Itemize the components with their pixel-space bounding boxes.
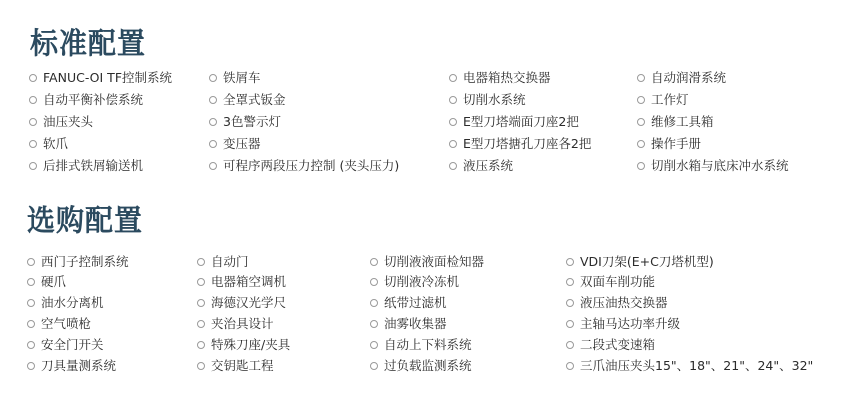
circle-bullet-icon <box>566 320 574 328</box>
circle-bullet-icon <box>566 341 574 349</box>
config-item-label: 刀具量测系统 <box>41 357 116 375</box>
circle-bullet-icon <box>209 118 217 126</box>
config-item-label: E型刀塔端面刀座2把 <box>463 113 579 131</box>
config-item-label: 可程序两段压力控制 (夹头压力) <box>223 157 399 175</box>
circle-bullet-icon <box>29 96 37 104</box>
optional-config-item: 交钥匙工程 <box>197 357 274 375</box>
circle-bullet-icon <box>27 341 35 349</box>
optional-config-item: 夹治具设计 <box>197 315 274 333</box>
circle-bullet-icon <box>449 140 457 148</box>
optional-config-item: 液压油热交换器 <box>566 294 668 312</box>
standard-config-title: 标准配置 <box>30 29 146 58</box>
optional-config-item: 油水分离机 <box>27 294 104 312</box>
optional-config-item: 过负载监测系统 <box>370 357 472 375</box>
config-item-label: 过负载监测系统 <box>384 357 472 375</box>
standard-config-item: 可程序两段压力控制 (夹头压力) <box>209 157 399 175</box>
circle-bullet-icon <box>209 96 217 104</box>
standard-config-item: 铁屑车 <box>209 69 261 87</box>
circle-bullet-icon <box>566 258 574 266</box>
standard-config-item: 液压系统 <box>449 157 513 175</box>
config-item-label: 电器箱空调机 <box>211 273 286 291</box>
config-item-label: 电器箱热交换器 <box>463 69 551 87</box>
config-item-label: 液压系统 <box>463 157 513 175</box>
circle-bullet-icon <box>637 140 645 148</box>
config-item-label: 双面车削功能 <box>580 273 655 291</box>
config-item-label: 油水分离机 <box>41 294 104 312</box>
config-item-label: 自动润滑系统 <box>651 69 726 87</box>
circle-bullet-icon <box>209 140 217 148</box>
circle-bullet-icon <box>370 320 378 328</box>
circle-bullet-icon <box>27 299 35 307</box>
config-item-label: 全罩式钣金 <box>223 91 286 109</box>
optional-config-item: 硬爪 <box>27 273 66 291</box>
circle-bullet-icon <box>27 278 35 286</box>
optional-config-item: 纸带过滤机 <box>370 294 447 312</box>
config-item-label: 后排式铁屑输送机 <box>43 157 143 175</box>
config-item-label: 夹治具设计 <box>211 315 274 333</box>
standard-config-item: 维修工具箱 <box>637 113 714 131</box>
circle-bullet-icon <box>29 74 37 82</box>
circle-bullet-icon <box>27 362 35 370</box>
optional-config-item: VDI刀架(E+C刀塔机型) <box>566 253 714 271</box>
circle-bullet-icon <box>27 320 35 328</box>
config-item-label: 工作灯 <box>651 91 689 109</box>
circle-bullet-icon <box>370 278 378 286</box>
circle-bullet-icon <box>197 341 205 349</box>
optional-config-item: 主轴马达功率升级 <box>566 315 680 333</box>
circle-bullet-icon <box>197 258 205 266</box>
standard-config-item: 切削水箱与底床冲水系统 <box>637 157 789 175</box>
circle-bullet-icon <box>566 278 574 286</box>
config-item-label: 铁屑车 <box>223 69 261 87</box>
config-item-label: 西门子控制系统 <box>41 253 129 271</box>
standard-config-item: 油压夹头 <box>29 113 93 131</box>
config-item-label: E型刀塔搪孔刀座各2把 <box>463 135 591 153</box>
standard-config-item: 3色警示灯 <box>209 113 281 131</box>
optional-config-item: 安全门开关 <box>27 336 104 354</box>
optional-config-item: 自动上下料系统 <box>370 336 472 354</box>
standard-config-item: 自动平衡补偿系统 <box>29 91 143 109</box>
circle-bullet-icon <box>566 299 574 307</box>
standard-config-item: 工作灯 <box>637 91 689 109</box>
standard-config-item: 电器箱热交换器 <box>449 69 551 87</box>
circle-bullet-icon <box>209 162 217 170</box>
circle-bullet-icon <box>370 362 378 370</box>
optional-config-item: 切削液液面检知器 <box>370 253 484 271</box>
circle-bullet-icon <box>449 96 457 104</box>
circle-bullet-icon <box>29 140 37 148</box>
circle-bullet-icon <box>29 162 37 170</box>
standard-config-item: FANUC-OI TF控制系统 <box>29 69 172 87</box>
standard-config-item: 自动润滑系统 <box>637 69 726 87</box>
optional-config-title: 选购配置 <box>27 206 143 235</box>
config-item-label: 空气喷枪 <box>41 315 91 333</box>
standard-config-item: E型刀塔搪孔刀座各2把 <box>449 135 591 153</box>
circle-bullet-icon <box>637 118 645 126</box>
circle-bullet-icon <box>449 74 457 82</box>
config-item-label: 安全门开关 <box>41 336 104 354</box>
optional-config-item: 三爪油压夹头15"、18"、21"、24"、32" <box>566 357 813 375</box>
standard-config-item: 变压器 <box>209 135 261 153</box>
standard-config-item: 软爪 <box>29 135 68 153</box>
config-item-label: 交钥匙工程 <box>211 357 274 375</box>
config-item-label: 硬爪 <box>41 273 66 291</box>
optional-config-item: 空气喷枪 <box>27 315 91 333</box>
circle-bullet-icon <box>449 162 457 170</box>
config-item-label: 切削液液面检知器 <box>384 253 484 271</box>
config-item-label: 纸带过滤机 <box>384 294 447 312</box>
standard-config-item: 操作手册 <box>637 135 701 153</box>
optional-config-item: 海德汉光学尺 <box>197 294 286 312</box>
config-item-label: 油雾收集器 <box>384 315 447 333</box>
config-item-label: 维修工具箱 <box>651 113 714 131</box>
config-item-label: 自动上下料系统 <box>384 336 472 354</box>
config-item-label: 自动平衡补偿系统 <box>43 91 143 109</box>
config-item-label: 操作手册 <box>651 135 701 153</box>
circle-bullet-icon <box>197 278 205 286</box>
optional-config-item: 切削液冷冻机 <box>370 273 459 291</box>
config-item-label: 油压夹头 <box>43 113 93 131</box>
circle-bullet-icon <box>29 118 37 126</box>
circle-bullet-icon <box>566 362 574 370</box>
circle-bullet-icon <box>370 258 378 266</box>
optional-config-item: 油雾收集器 <box>370 315 447 333</box>
config-item-label: VDI刀架(E+C刀塔机型) <box>580 253 714 271</box>
circle-bullet-icon <box>370 299 378 307</box>
config-item-label: 切削水系统 <box>463 91 526 109</box>
config-item-label: 3色警示灯 <box>223 113 281 131</box>
config-item-label: 切削水箱与底床冲水系统 <box>651 157 789 175</box>
config-item-label: 主轴马达功率升级 <box>580 315 680 333</box>
optional-config-item: 自动门 <box>197 253 249 271</box>
circle-bullet-icon <box>197 299 205 307</box>
config-item-label: FANUC-OI TF控制系统 <box>43 69 172 87</box>
circle-bullet-icon <box>197 320 205 328</box>
config-item-label: 液压油热交换器 <box>580 294 668 312</box>
circle-bullet-icon <box>209 74 217 82</box>
config-item-label: 特殊刀座/夹具 <box>211 336 290 354</box>
standard-config-item: 后排式铁屑输送机 <box>29 157 143 175</box>
circle-bullet-icon <box>637 96 645 104</box>
optional-config-item: 特殊刀座/夹具 <box>197 336 290 354</box>
config-item-label: 三爪油压夹头15"、18"、21"、24"、32" <box>580 357 813 375</box>
standard-config-item: 全罩式钣金 <box>209 91 286 109</box>
optional-config-item: 电器箱空调机 <box>197 273 286 291</box>
optional-config-item: 二段式变速箱 <box>566 336 655 354</box>
optional-config-item: 刀具量测系统 <box>27 357 116 375</box>
config-item-label: 二段式变速箱 <box>580 336 655 354</box>
optional-config-item: 双面车削功能 <box>566 273 655 291</box>
circle-bullet-icon <box>637 74 645 82</box>
standard-config-item: E型刀塔端面刀座2把 <box>449 113 579 131</box>
config-item-label: 软爪 <box>43 135 68 153</box>
config-item-label: 变压器 <box>223 135 261 153</box>
config-item-label: 自动门 <box>211 253 249 271</box>
circle-bullet-icon <box>197 362 205 370</box>
config-item-label: 切削液冷冻机 <box>384 273 459 291</box>
optional-config-item: 西门子控制系统 <box>27 253 129 271</box>
circle-bullet-icon <box>449 118 457 126</box>
config-item-label: 海德汉光学尺 <box>211 294 286 312</box>
circle-bullet-icon <box>27 258 35 266</box>
circle-bullet-icon <box>637 162 645 170</box>
circle-bullet-icon <box>370 341 378 349</box>
standard-config-item: 切削水系统 <box>449 91 526 109</box>
